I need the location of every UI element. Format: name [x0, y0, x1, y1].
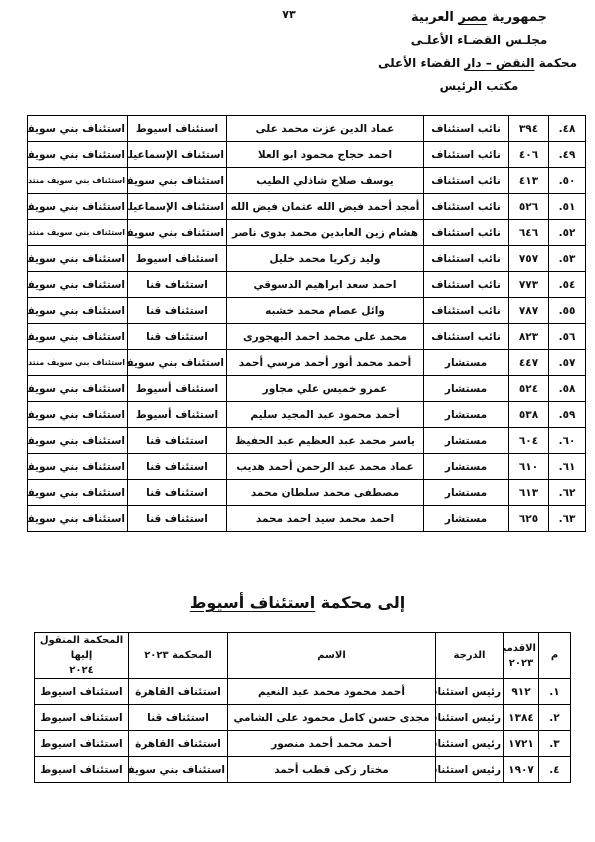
cell-seniority: ٦١٣	[509, 480, 549, 506]
cell-no: ٥٠.	[549, 168, 586, 194]
cell-degree: مستشار	[424, 454, 509, 480]
cell-degree: مستشار	[424, 506, 509, 532]
cell-name: احمد حجاج محمود ابو العلا	[227, 142, 424, 168]
cell-no: ٥٢.	[549, 220, 586, 246]
letterhead: جمهورية مصر العربية مجلـس القضـاء الأعلـ…	[381, 6, 577, 98]
letterhead-office: مكتب الرئيس	[381, 75, 577, 98]
document-page: ٧٣ جمهورية مصر العربية مجلـس القضـاء الأ…	[0, 0, 595, 842]
cell-no: ٣.	[539, 731, 571, 757]
cell-name: وائل عصام محمد خشبه	[227, 298, 424, 324]
cell-name: أحمد محمد أحمد منصور	[228, 731, 436, 757]
cell-transferred: استئناف بني سويف	[28, 194, 128, 220]
letterhead-council: مجلـس القضـاء الأعلـى	[381, 29, 577, 52]
table-row: ٥٥.٧٨٧نائب استئنافوائل عصام محمد خشبهاست…	[28, 298, 586, 324]
cell-seniority: ١٩٠٧	[504, 757, 539, 783]
cell-transferred: استئناف بني سويف	[28, 428, 128, 454]
cell-degree: نائب استئناف	[424, 116, 509, 142]
cell-court: استئناف بني سويف	[128, 168, 227, 194]
cell-degree: نائب استئناف	[424, 298, 509, 324]
table-row: ٥٣.٧٥٧نائب استئنافوليد زكريا محمد خليلاس…	[28, 246, 586, 272]
cell-transferred: استئناف بني سويف	[28, 298, 128, 324]
cell-court: استئناف قنا	[128, 428, 227, 454]
cell-transferred: استئناف اسيوط	[35, 731, 129, 757]
cell-degree: مستشار	[424, 376, 509, 402]
cell-no: ٥٥.	[549, 298, 586, 324]
header-cell-degree: الدرجة	[436, 633, 504, 679]
header-cell-name: الاسم	[228, 633, 436, 679]
cell-seniority: ٧٨٧	[509, 298, 549, 324]
cell-transferred: استئناف بني سويف	[28, 324, 128, 350]
cell-no: ٤٩.	[549, 142, 586, 168]
cell-transferred: استئناف اسيوط	[35, 757, 129, 783]
cell-name: احمد سعد ابراهيم الدسوقي	[227, 272, 424, 298]
table-row: ١.٩١٢رئيس استئنافأحمد محمود محمد عبد الن…	[35, 679, 571, 705]
letterhead-court-post: القضاء الأعلى	[378, 56, 464, 70]
cell-degree: نائب استئناف	[424, 272, 509, 298]
cell-no: ٥٩.	[549, 402, 586, 428]
cell-no: ١.	[539, 679, 571, 705]
cell-court: استئناف القاهرة	[129, 679, 228, 705]
cell-transferred: استئناف اسيوط	[35, 679, 129, 705]
header-cell-seniority: الاقدمية ٢٠٢٣	[504, 633, 539, 679]
cell-transferred: استئناف بني سويف	[28, 116, 128, 142]
header-row: م الاقدمية ٢٠٢٣ الدرجة الاسم المحكمة ٢٠٢…	[35, 633, 571, 679]
cell-name: أحمد محمد أنور أحمد مرسي أحمد	[227, 350, 424, 376]
table-row: ٦١.٦١٠مستشارعماد محمد عبد الرحمن أحمد هد…	[28, 454, 586, 480]
cell-name: عماد محمد عبد الرحمن أحمد هديب	[227, 454, 424, 480]
table-row: ٥٩.٥٣٨مستشارأحمد محمود عبد المجيد سليماس…	[28, 402, 586, 428]
cell-name: مختار زكى قطب أحمد	[228, 757, 436, 783]
cell-no: ٥١.	[549, 194, 586, 220]
cell-seniority: ٥٣٨	[509, 402, 549, 428]
cell-degree: مستشار	[424, 428, 509, 454]
cell-seniority: ١٧٢١	[504, 731, 539, 757]
cell-court: استئناف الإسماعيلية	[128, 194, 227, 220]
cell-seniority: ٤٠٦	[509, 142, 549, 168]
cell-no: ٦٠.	[549, 428, 586, 454]
cell-name: ياسر محمد عبد العظيم عبد الحفيظ	[227, 428, 424, 454]
cell-name: أحمد محمود عبد المجيد سليم	[227, 402, 424, 428]
cell-degree: مستشار	[424, 402, 509, 428]
transfers-table-beni-suef-body: ٤٨.٣٩٤نائب استئنافعماد الدين عزت محمد عل…	[28, 116, 586, 532]
table-row: ٥٦.٨٢٣نائب استئنافمحمد على محمد احمد الب…	[28, 324, 586, 350]
cell-seniority: ٦٠٤	[509, 428, 549, 454]
cell-transferred: استئناف بني سويف منتدب	[28, 168, 128, 194]
table-row: ٥٤.٧٧٣نائب استئنافاحمد سعد ابراهيم الدسو…	[28, 272, 586, 298]
table-row: ٥٧.٤٤٧مستشارأحمد محمد أنور أحمد مرسي أحم…	[28, 350, 586, 376]
cell-seniority: ٤٤٧	[509, 350, 549, 376]
cell-name: عمرو خميس علي مجاور	[227, 376, 424, 402]
cell-seniority: ٥٢٤	[509, 376, 549, 402]
cell-name: محمد على محمد احمد البهجورى	[227, 324, 424, 350]
cell-transferred: استئناف بني سويف	[28, 506, 128, 532]
cell-court: استئناف قنا	[128, 324, 227, 350]
cell-seniority: ٦٢٥	[509, 506, 549, 532]
cell-degree: رئيس استئناف	[436, 731, 504, 757]
cell-no: ٥٨.	[549, 376, 586, 402]
table-row: ٤٨.٣٩٤نائب استئنافعماد الدين عزت محمد عل…	[28, 116, 586, 142]
page-number: ٧٣	[267, 8, 311, 21]
cell-transferred: استئناف بني سويف	[28, 142, 128, 168]
cell-degree: نائب استئناف	[424, 220, 509, 246]
cell-name: احمد محمد سيد احمد محمد	[227, 506, 424, 532]
cell-court: استئناف اسيوط	[128, 246, 227, 272]
cell-degree: نائب استئناف	[424, 324, 509, 350]
cell-no: ٦٢.	[549, 480, 586, 506]
cell-court: استئناف أسيوط	[128, 376, 227, 402]
cell-transferred: استئناف بني سويف	[28, 272, 128, 298]
cell-court: استئناف أسيوط	[128, 402, 227, 428]
cell-seniority: ٦١٠	[509, 454, 549, 480]
cell-no: ٤.	[539, 757, 571, 783]
cell-court: استئناف قنا	[129, 705, 228, 731]
table-row: ٦٣.٦٢٥مستشاراحمد محمد سيد احمد محمداستئن…	[28, 506, 586, 532]
cell-degree: نائب استئناف	[424, 246, 509, 272]
cell-court: استئناف بني سويف	[128, 220, 227, 246]
cell-seniority: ٦٤٦	[509, 220, 549, 246]
cell-degree: نائب استئناف	[424, 142, 509, 168]
cell-seniority: ٧٧٣	[509, 272, 549, 298]
cell-seniority: ٣٩٤	[509, 116, 549, 142]
cell-transferred: استئناف بني سويف	[28, 246, 128, 272]
cell-no: ٦٣.	[549, 506, 586, 532]
letterhead-republic-underlined: مصر	[458, 10, 487, 25]
cell-court: استئناف قنا	[128, 480, 227, 506]
transfers-table-assiut: م الاقدمية ٢٠٢٣ الدرجة الاسم المحكمة ٢٠٢…	[34, 632, 571, 783]
cell-transferred: استئناف بني سويف	[28, 480, 128, 506]
transfers-table-assiut-body: ١.٩١٢رئيس استئنافأحمد محمود محمد عبد الن…	[35, 679, 571, 783]
cell-transferred: استئناف بني سويف	[28, 402, 128, 428]
table-row: ٥٠.٤١٣نائب استئنافيوسف صلاح شاذلي الطيبا…	[28, 168, 586, 194]
cell-degree: مستشار	[424, 480, 509, 506]
cell-court: استئناف الإسماعيلية	[128, 142, 227, 168]
cell-seniority: ٩١٢	[504, 679, 539, 705]
table-row: ٥١.٥٢٦نائب استئنافأمجد أحمد فيض الله عثم…	[28, 194, 586, 220]
header-cell-court: المحكمة ٢٠٢٣	[129, 633, 228, 679]
cell-court: استئناف بني سويف	[129, 757, 228, 783]
cell-degree: رئيس استئناف	[436, 705, 504, 731]
cell-no: ٢.	[539, 705, 571, 731]
cell-no: ٥٤.	[549, 272, 586, 298]
table-row: ٤٩.٤٠٦نائب استئنافاحمد حجاج محمود ابو ال…	[28, 142, 586, 168]
letterhead-court-pre: محكمة	[534, 56, 577, 70]
cell-degree: رئيس استئناف	[436, 679, 504, 705]
cell-degree: رئيس استئناف	[436, 757, 504, 783]
cell-transferred: استئناف بني سويف	[28, 454, 128, 480]
cell-transferred: استئناف بني سويف منتدب	[28, 220, 128, 246]
cell-court: استئناف القاهرة	[129, 731, 228, 757]
cell-no: ٥٦.	[549, 324, 586, 350]
cell-no: ٤٨.	[549, 116, 586, 142]
cell-degree: نائب استئناف	[424, 168, 509, 194]
cell-court: استئناف قنا	[128, 506, 227, 532]
table-row: ٣.١٧٢١رئيس استئنافأحمد محمد أحمد منصوراس…	[35, 731, 571, 757]
cell-court: استئناف بني سويف	[128, 350, 227, 376]
transfers-table-assiut-head: م الاقدمية ٢٠٢٣ الدرجة الاسم المحكمة ٢٠٢…	[35, 633, 571, 679]
cell-court: استئناف قنا	[128, 454, 227, 480]
cell-court: استئناف اسيوط	[128, 116, 227, 142]
letterhead-republic-pre: جمهورية	[487, 10, 547, 25]
table-row: ٦٠.٦٠٤مستشارياسر محمد عبد العظيم عبد الح…	[28, 428, 586, 454]
cell-transferred: استئناف اسيوط	[35, 705, 129, 731]
cell-name: يوسف صلاح شاذلي الطيب	[227, 168, 424, 194]
transfers-table-beni-suef: ٤٨.٣٩٤نائب استئنافعماد الدين عزت محمد عل…	[27, 115, 586, 532]
cell-name: أحمد محمود محمد عبد النعيم	[228, 679, 436, 705]
table-row: ٥٢.٦٤٦نائب استئنافهشام زين العابدين محمد…	[28, 220, 586, 246]
section-title-underlined: استئناف أسيوط	[190, 593, 315, 612]
cell-seniority: ٧٥٧	[509, 246, 549, 272]
cell-court: استئناف قنا	[128, 272, 227, 298]
cell-degree: مستشار	[424, 350, 509, 376]
cell-transferred: استئناف بني سويف منتدب	[28, 350, 128, 376]
cell-transferred: استئناف بني سويف	[28, 376, 128, 402]
cell-seniority: ١٣٨٤	[504, 705, 539, 731]
letterhead-republic-post: العربية	[411, 10, 458, 25]
letterhead-court: محكمة النقض – دار القضاء الأعلى	[381, 52, 577, 75]
cell-no: ٦١.	[549, 454, 586, 480]
table-row: ٥٨.٥٢٤مستشارعمرو خميس علي مجاوراستئناف أ…	[28, 376, 586, 402]
section-title-assiut: إلى محكمة استئناف أسيوط	[0, 593, 595, 612]
cell-seniority: ٤١٣	[509, 168, 549, 194]
table-row: ٤.١٩٠٧رئيس استئنافمختار زكى قطب أحمداستئ…	[35, 757, 571, 783]
cell-name: مصطفى محمد سلطان محمد	[227, 480, 424, 506]
cell-name: هشام زين العابدين محمد بدوى ناصر	[227, 220, 424, 246]
header-cell-transferred: المحكمة المنقول إليها ٢٠٢٤	[35, 633, 129, 679]
cell-seniority: ٥٢٦	[509, 194, 549, 220]
cell-name: عماد الدين عزت محمد على	[227, 116, 424, 142]
table-row: ٦٢.٦١٣مستشارمصطفى محمد سلطان محمداستئناف…	[28, 480, 586, 506]
cell-name: مجدى حسن كامل محمود على الشامي	[228, 705, 436, 731]
cell-name: أمجد أحمد فيض الله عثمان فيض الله	[227, 194, 424, 220]
cell-degree: نائب استئناف	[424, 194, 509, 220]
cell-no: ٥٣.	[549, 246, 586, 272]
header-cell-no: م	[539, 633, 571, 679]
letterhead-republic: جمهورية مصر العربية	[381, 6, 577, 29]
cell-name: وليد زكريا محمد خليل	[227, 246, 424, 272]
cell-seniority: ٨٢٣	[509, 324, 549, 350]
table-row: ٢.١٣٨٤رئيس استئنافمجدى حسن كامل محمود عل…	[35, 705, 571, 731]
cell-court: استئناف قنا	[128, 298, 227, 324]
section-title-pre: إلى محكمة	[315, 593, 405, 612]
letterhead-court-underlined: النقض – دار	[464, 56, 534, 70]
cell-no: ٥٧.	[549, 350, 586, 376]
